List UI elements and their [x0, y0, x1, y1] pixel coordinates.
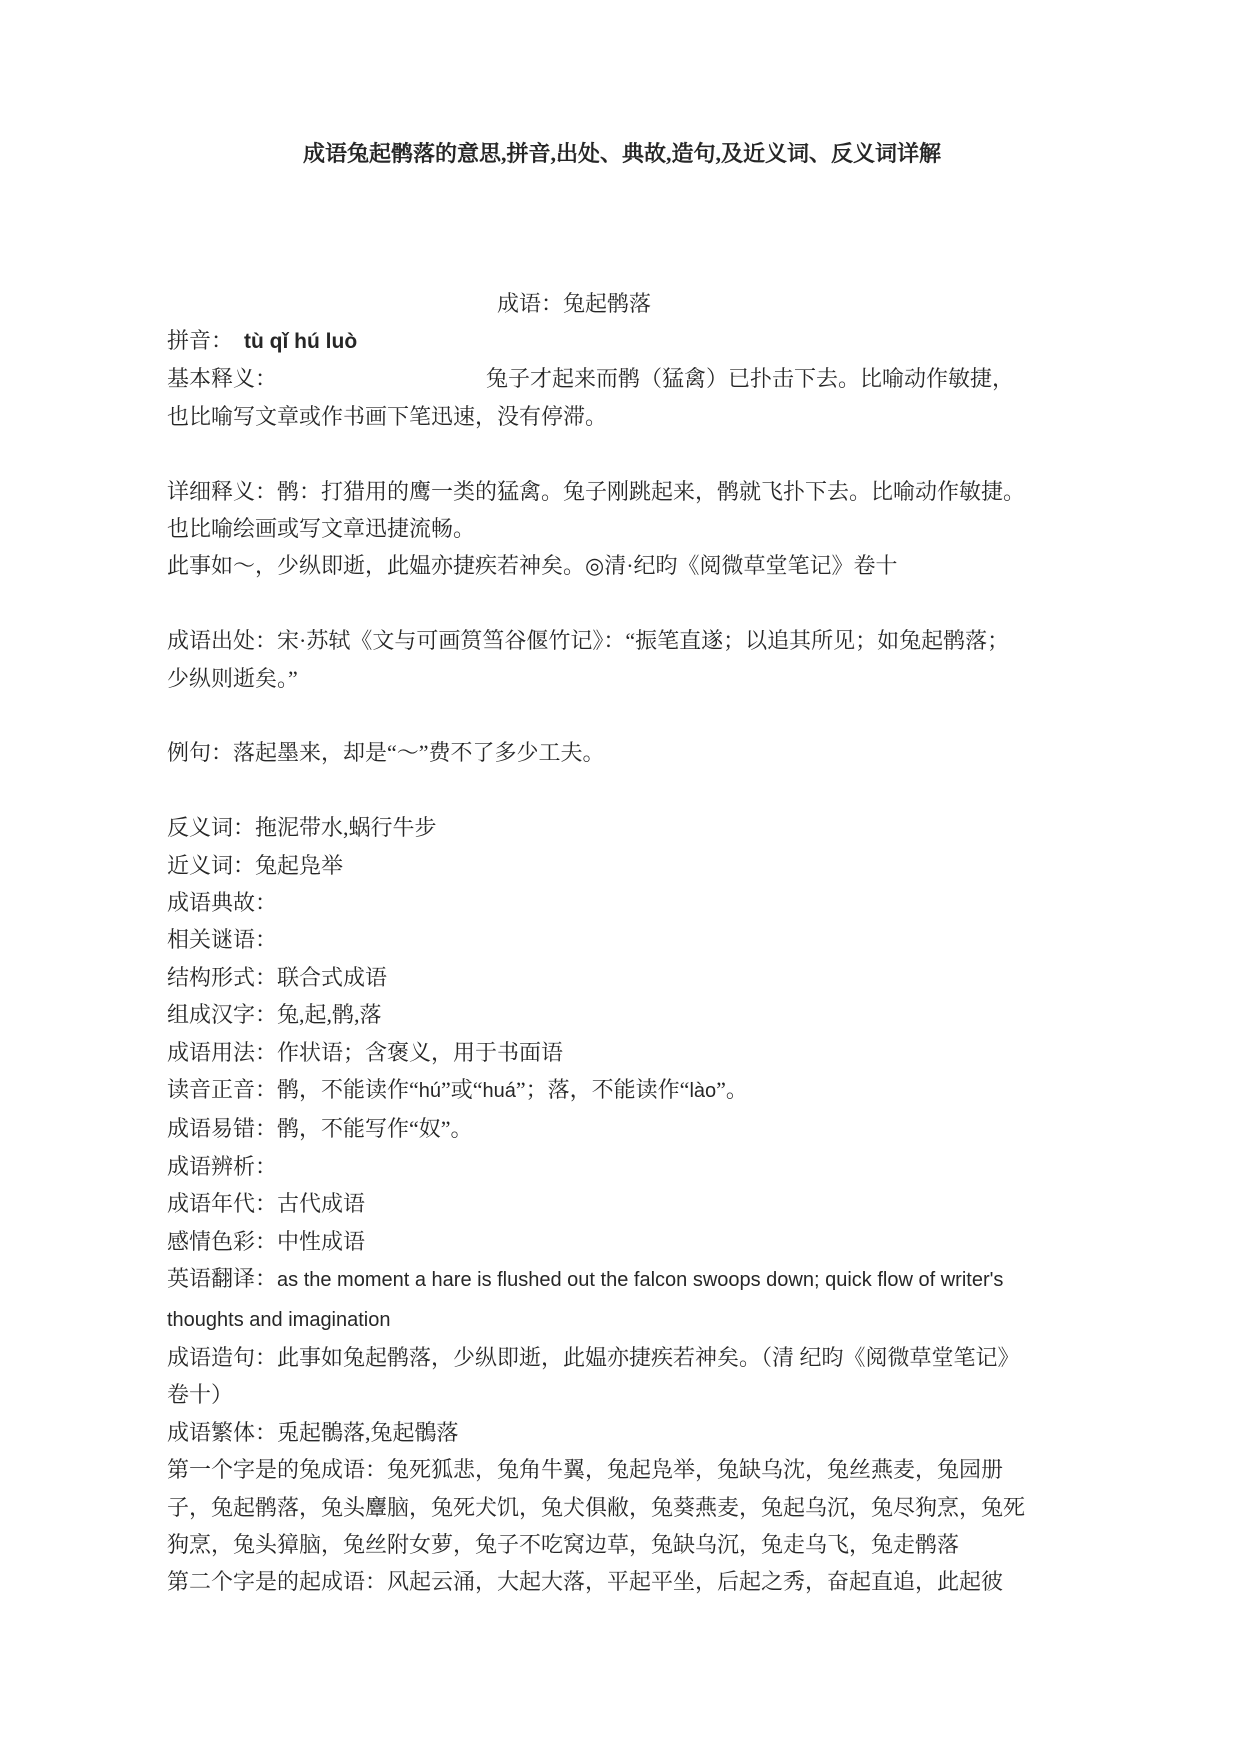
- sentiment-line: 感情色彩：中性成语: [167, 1223, 1077, 1260]
- text-segment: 也比喻写文章或作书画下笔迅速，没有停滞。: [167, 404, 607, 429]
- text-segment: lào: [689, 1080, 716, 1102]
- text-segment: ”；落，不能读作“: [516, 1077, 690, 1102]
- text-segment: 少纵则逝矣。”: [167, 666, 298, 691]
- sentence-making-line-2: 卷十）: [167, 1376, 1077, 1413]
- english-translation-line-2: thoughts and imagination: [167, 1300, 1077, 1339]
- discrimination-line: 成语辨析：: [167, 1148, 1077, 1185]
- era-line: 成语年代：古代成语: [167, 1185, 1077, 1222]
- text-segment: 反义词：拖泥带水,蜗行牛步: [167, 815, 437, 840]
- text-segment: 英语翻译：: [167, 1266, 277, 1291]
- text-segment: hú: [419, 1080, 441, 1102]
- text-segment: 狗烹，兔头獐脑，兔丝附女萝，兔子不吃窝边草，兔缺乌沉，兔走乌飞，兔走鹘落: [167, 1532, 959, 1557]
- text-segment: 感情色彩：中性成语: [167, 1229, 365, 1254]
- text-segment: 卷十）: [167, 1382, 233, 1407]
- english-translation-line: 英语翻译：as the moment a hare is flushed out…: [167, 1260, 1077, 1299]
- basic-definition-line: 基本释义： 兔子才起来而鹘（猛禽）已扑击下去。比喻动作敏捷，: [167, 360, 1077, 397]
- text-segment: 例句：落起墨来，却是“～”费不了多少工夫。: [167, 740, 605, 765]
- text-segment: 成语造句：此事如兔起鹘落，少纵即逝，此媪亦捷疾若神矣。（清 纪昀《阅微草堂笔记》: [167, 1345, 1020, 1370]
- antonym-line: 反义词：拖泥带水,蜗行牛步: [167, 809, 1077, 846]
- document-page: 成语兔起鹘落的意思,拼音,出处、典故,造句,及近义词、反义词详解 成语：兔起鹘落…: [0, 0, 1240, 1753]
- text-segment: 相关谜语：: [167, 927, 277, 952]
- blank-line: [167, 772, 1077, 809]
- blank-line: [167, 435, 1077, 472]
- usage-line: 成语用法：作状语；含褒义，用于书面语: [167, 1034, 1077, 1071]
- text-segment: 成语辨析：: [167, 1154, 277, 1179]
- text-segment: 成语易错：鹘，不能写作“奴”。: [167, 1116, 473, 1141]
- second-char-idioms-line: 第二个字是的起成语：风起云涌，大起大落，平起平坐，后起之秀，奋起直追，此起彼: [167, 1563, 1077, 1600]
- text-segment: 基本释义： 兔子才起来而鹘（猛禽）已扑击下去。比喻动作敏捷，: [167, 366, 1014, 391]
- first-char-idioms-line: 第一个字是的兔成语：兔死狐悲，兔角牛翼，兔起凫举，兔缺乌沈，兔丝燕麦，兔园册: [167, 1451, 1077, 1488]
- text-segment: 子，兔起鹘落，兔头麞脑，兔死犬饥，兔犬俱敝，兔葵燕麦，兔起乌沉，兔尽狗烹，兔死: [167, 1495, 1025, 1520]
- blank-line: [167, 585, 1077, 622]
- text-segment: 读音正音：鹘，不能读作“: [167, 1077, 419, 1102]
- synonym-line: 近义词：兔起凫举: [167, 847, 1077, 884]
- pinyin-line: 拼音： tù qǐ hú luò: [167, 322, 1077, 360]
- text-segment: 拼音：: [167, 328, 244, 353]
- text-segment: 近义词：兔起凫举: [167, 853, 343, 878]
- characters-line: 组成汉字：兔,起,鹘,落: [167, 996, 1077, 1033]
- example-sentence-line: 例句：落起墨来，却是“～”费不了多少工夫。: [167, 734, 1077, 771]
- traditional-form-line: 成语繁体：兎起鶻落,兔起鶻落: [167, 1414, 1077, 1451]
- text-segment: ”。: [716, 1077, 748, 1102]
- text-segment: 结构形式：联合式成语: [167, 965, 387, 990]
- text-segment: 详细释义：鹘：打猎用的鹰一类的猛禽。兔子刚跳起来，鹘就飞扑下去。比喻动作敏捷。: [167, 479, 1025, 504]
- text-segment: ”或“: [441, 1077, 483, 1102]
- text-segment: as the moment a hare is flushed out the …: [277, 1269, 1003, 1291]
- document-content: 成语兔起鹘落的意思,拼音,出处、典故,造句,及近义词、反义词详解 成语：兔起鹘落…: [0, 0, 1240, 1601]
- usage-example-line: 此事如～，少纵即逝，此媪亦捷疾若神矣。◎清·纪昀《阅微草堂笔记》卷十: [167, 547, 1077, 584]
- miswriting-line: 成语易错：鹘，不能写作“奴”。: [167, 1110, 1077, 1147]
- pronunciation-line: 读音正音：鹘，不能读作“hú”或“huá”；落，不能读作“lào”。: [167, 1071, 1077, 1110]
- text-segment: tù qǐ hú luò: [244, 330, 357, 353]
- document-title: 成语兔起鹘落的意思,拼音,出处、典故,造句,及近义词、反义词详解: [167, 135, 1077, 172]
- sentence-making-line: 成语造句：此事如兔起鹘落，少纵即逝，此媪亦捷疾若神矣。（清 纪昀《阅微草堂笔记》: [167, 1339, 1077, 1376]
- text-segment: 第二个字是的起成语：风起云涌，大起大落，平起平坐，后起之秀，奋起直追，此起彼: [167, 1569, 1003, 1594]
- blank-line: [167, 697, 1077, 734]
- structure-line: 结构形式：联合式成语: [167, 959, 1077, 996]
- text-segment: 此事如～，少纵即逝，此媪亦捷疾若神矣。◎清·纪昀《阅微草堂笔记》卷十: [167, 553, 898, 578]
- text-segment: 成语年代：古代成语: [167, 1191, 365, 1216]
- text-segment: 也比喻绘画或写文章迅捷流畅。: [167, 516, 475, 541]
- text-segment: 成语繁体：兎起鶻落,兔起鶻落: [167, 1420, 459, 1445]
- text-segment: 成语用法：作状语；含褒义，用于书面语: [167, 1040, 563, 1065]
- basic-definition-line-2: 也比喻写文章或作书画下笔迅速，没有停滞。: [167, 398, 1077, 435]
- text-segment: 成语典故：: [167, 890, 277, 915]
- allusion-line: 成语典故：: [167, 884, 1077, 921]
- text-segment: 成语出处：宋·苏轼《文与可画筼筜谷偃竹记》：“振笔直遂；以追其所见；如兔起鹘落；: [167, 628, 1009, 653]
- text-segment: thoughts and imagination: [167, 1309, 391, 1331]
- document-body: 拼音： tù qǐ hú luò基本释义： 兔子才起来而鹘（猛禽）已扑击下去。比…: [167, 322, 1077, 1601]
- detailed-definition-line: 详细释义：鹘：打猎用的鹰一类的猛禽。兔子刚跳起来，鹘就飞扑下去。比喻动作敏捷。: [167, 473, 1077, 510]
- riddle-line: 相关谜语：: [167, 921, 1077, 958]
- detailed-definition-line-2: 也比喻绘画或写文章迅捷流畅。: [167, 510, 1077, 547]
- source-line-2: 少纵则逝矣。”: [167, 660, 1077, 697]
- source-line: 成语出处：宋·苏轼《文与可画筼筜谷偃竹记》：“振笔直遂；以追其所见；如兔起鹘落；: [167, 622, 1077, 659]
- text-segment: 第一个字是的兔成语：兔死狐悲，兔角牛翼，兔起凫举，兔缺乌沈，兔丝燕麦，兔园册: [167, 1457, 1003, 1482]
- first-char-idioms-line-3: 狗烹，兔头獐脑，兔丝附女萝，兔子不吃窝边草，兔缺乌沉，兔走乌飞，兔走鹘落: [167, 1526, 1077, 1563]
- text-segment: huá: [483, 1080, 516, 1102]
- idiom-heading: 成语：兔起鹘落: [167, 285, 1077, 322]
- text-segment: 组成汉字：兔,起,鹘,落: [167, 1002, 382, 1027]
- first-char-idioms-line-2: 子，兔起鹘落，兔头麞脑，兔死犬饥，兔犬俱敝，兔葵燕麦，兔起乌沉，兔尽狗烹，兔死: [167, 1489, 1077, 1526]
